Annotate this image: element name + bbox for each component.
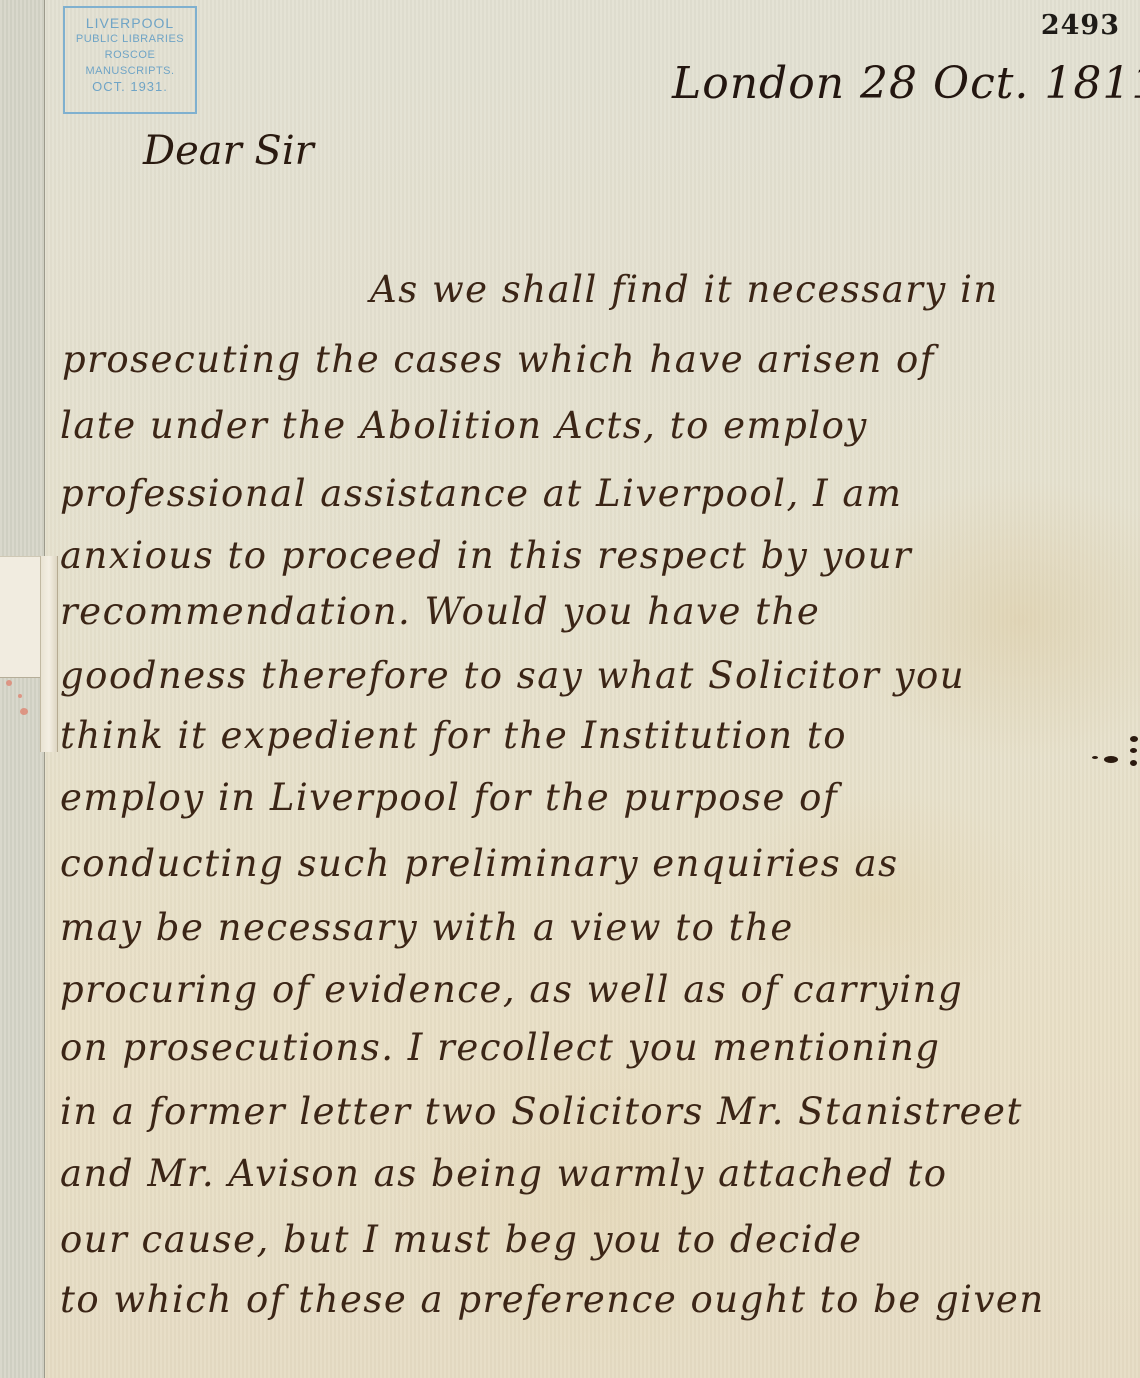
letter-line: and Mr. Avison as being warmly attached … — [60, 1152, 948, 1195]
red-ink-spot — [18, 694, 22, 698]
letter-line: to which of these a preference ought to … — [60, 1278, 1045, 1321]
letter-line: on prosecutions. I recollect you mention… — [60, 1026, 940, 1069]
letter-line: recommendation. Would you have the — [60, 590, 820, 633]
ink-blot — [1104, 756, 1118, 763]
letter-line: conducting such preliminary enquiries as — [60, 842, 899, 885]
red-ink-spot — [6, 680, 12, 686]
manuscript-page: LIVERPOOL PUBLIC LIBRARIES ROSCOE MANUSC… — [0, 0, 1140, 1378]
letter-line: prosecuting the cases which have arisen … — [62, 338, 935, 381]
paper-guard-fold — [40, 556, 58, 752]
letter-line: anxious to proceed in this respect by yo… — [60, 534, 912, 577]
ink-blot — [1092, 756, 1098, 759]
folio-number: 2493 — [1041, 10, 1120, 41]
letter-line: goodness therefore to say what Solicitor… — [60, 654, 965, 697]
letter-line: employ in Liverpool for the purpose of — [60, 776, 838, 819]
letter-line: think it expedient for the Institution t… — [60, 714, 847, 757]
letter-line: in a former letter two Solicitors Mr. St… — [60, 1090, 1023, 1133]
stamp-line: PUBLIC LIBRARIES — [65, 31, 195, 47]
dateline: London 28 Oct. 1811 — [672, 58, 1140, 109]
letter-line: may be necessary with a view to the — [60, 906, 794, 949]
stamp-line: MANUSCRIPTS. — [65, 63, 195, 79]
ink-blot — [1130, 736, 1138, 742]
letter-line: procuring of evidence, as well as of car… — [60, 968, 963, 1011]
letter-line: our cause, but I must beg you to decide — [60, 1218, 863, 1261]
letter-line: As we shall find it necessary in — [370, 268, 999, 311]
stamp-line: LIVERPOOL — [65, 15, 195, 31]
stamp-line: OCT. 1931. — [65, 79, 195, 95]
letter-line: professional assistance at Liverpool, I … — [60, 472, 903, 515]
library-stamp: LIVERPOOL PUBLIC LIBRARIES ROSCOE MANUSC… — [63, 6, 197, 114]
ink-blot — [1130, 748, 1137, 753]
binding-edge — [0, 0, 45, 1378]
letter-line: late under the Abolition Acts, to employ — [60, 404, 868, 447]
stamp-line: ROSCOE — [65, 47, 195, 63]
ink-blot — [1130, 760, 1137, 766]
red-ink-spot — [20, 708, 28, 715]
salutation: Dear Sir — [143, 128, 314, 174]
